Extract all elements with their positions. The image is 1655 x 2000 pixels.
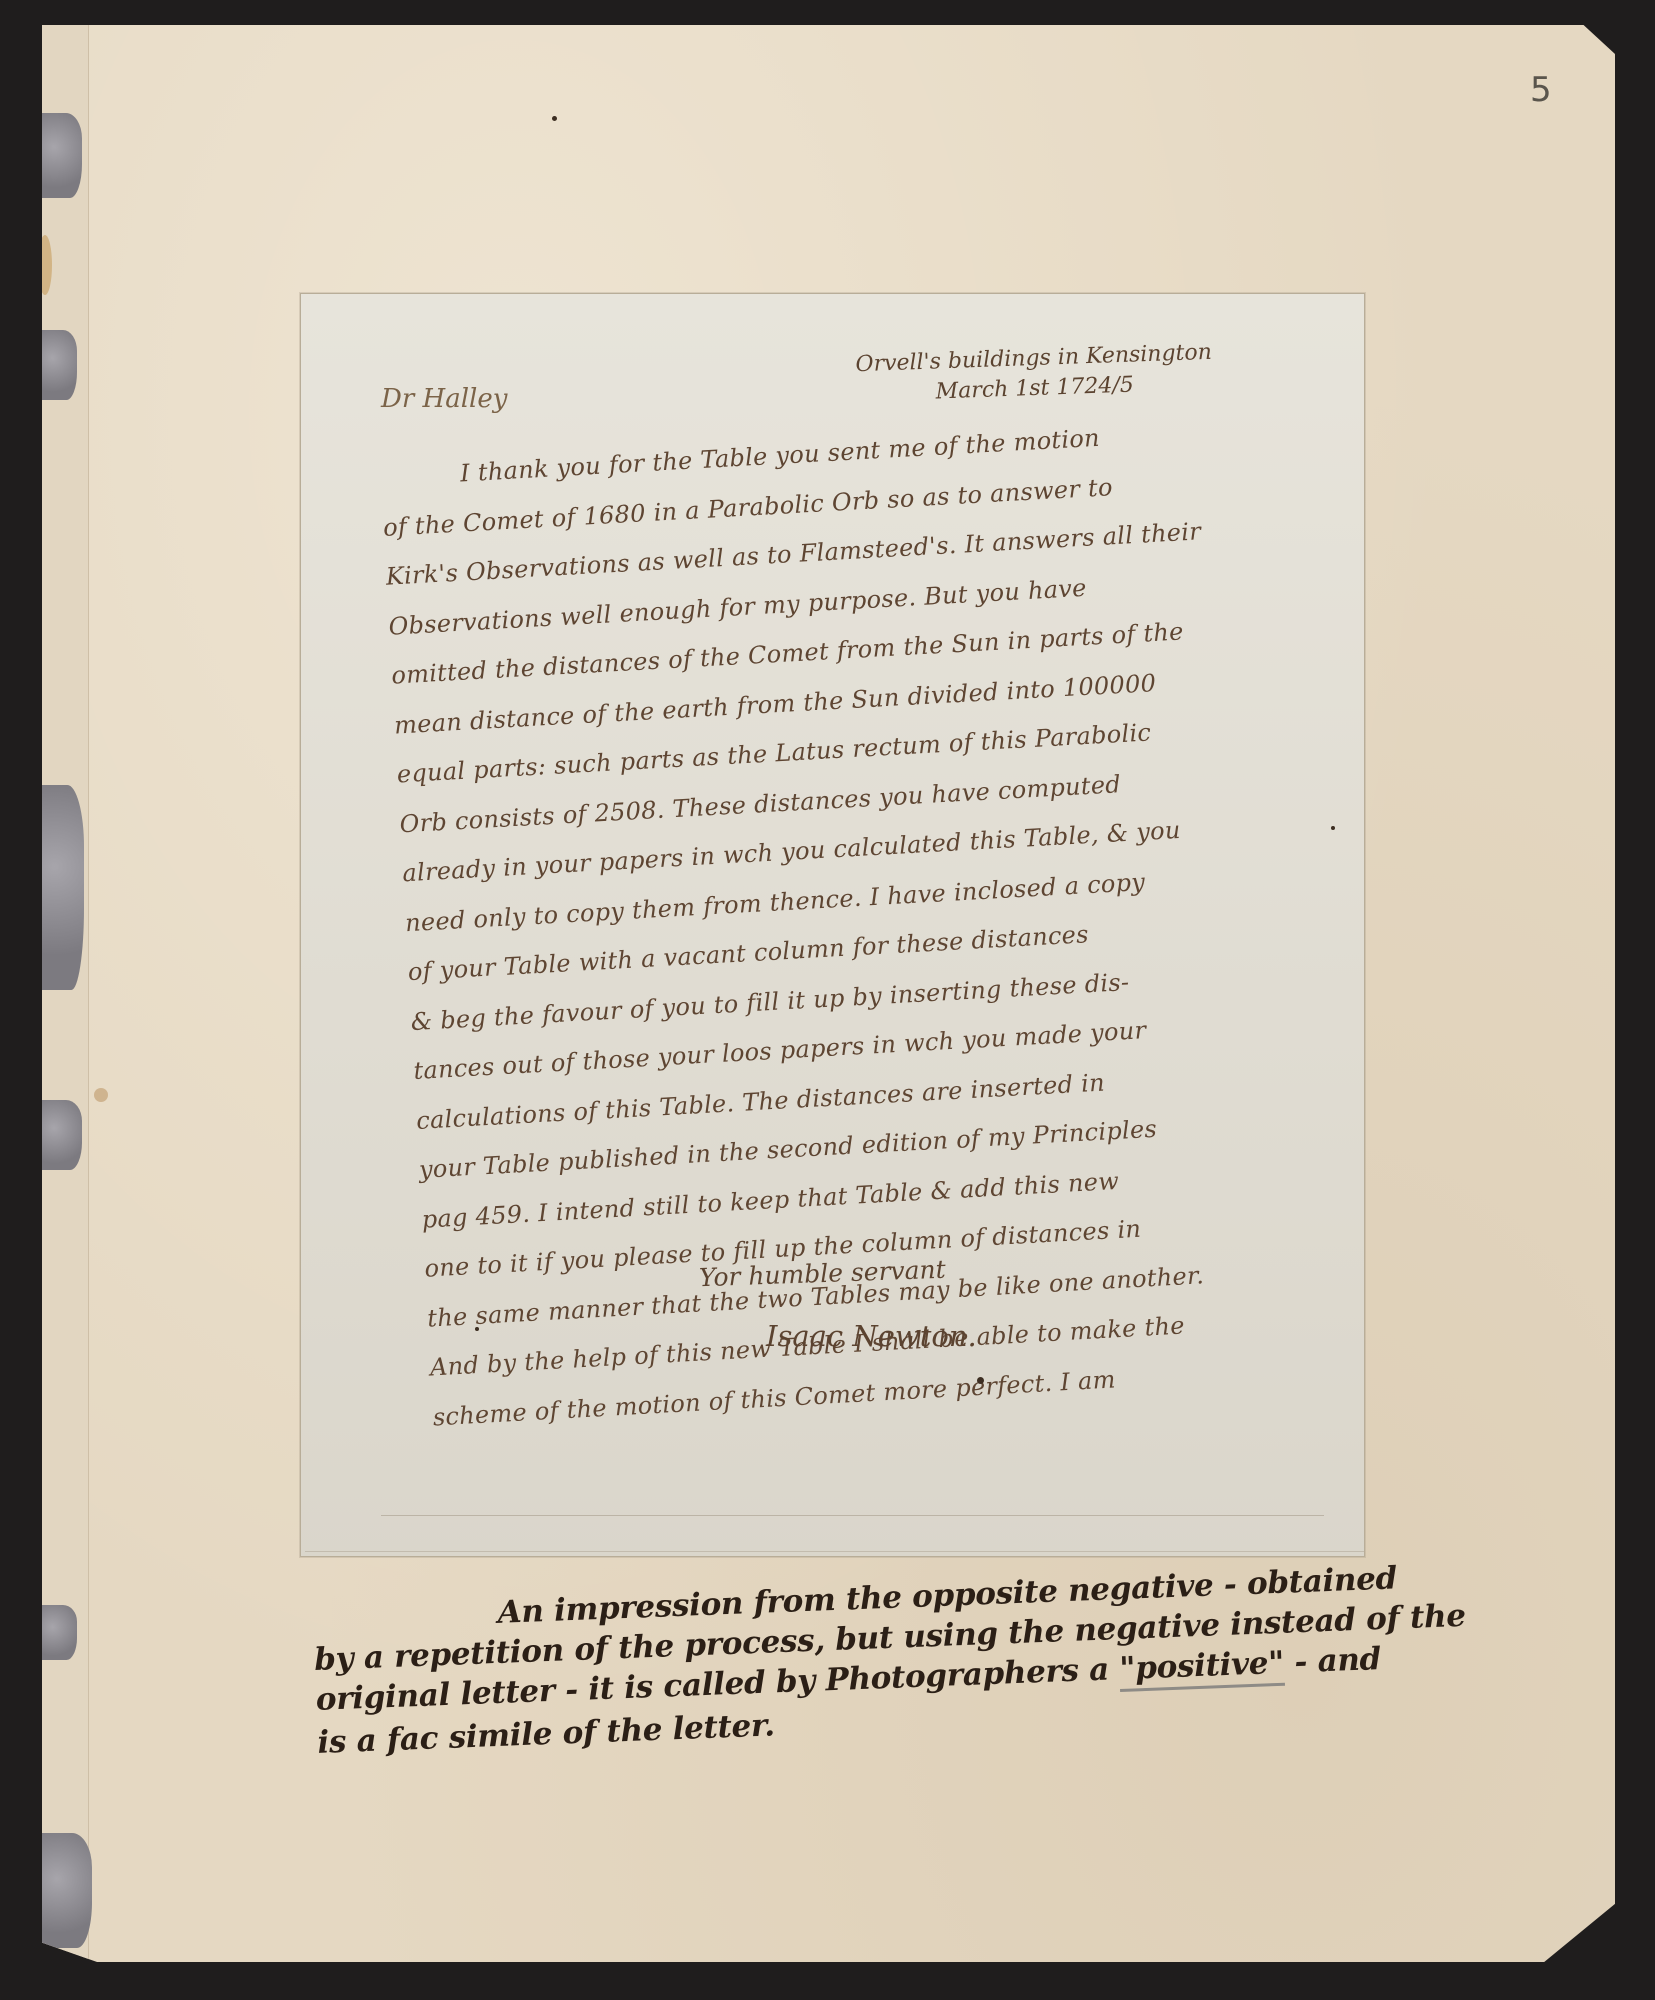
letter-photograph: Orvell's buildings in Kensington March 1… bbox=[300, 293, 1365, 1557]
ink-speck bbox=[552, 116, 557, 121]
age-stain bbox=[38, 235, 52, 295]
paper-repair-patch bbox=[42, 1100, 82, 1170]
paper-repair-patch bbox=[42, 330, 77, 400]
letter-body: I thank you for the Table you sent me of… bbox=[379, 400, 1393, 1442]
page-number: 5 bbox=[1530, 70, 1552, 110]
age-stain bbox=[94, 1088, 108, 1102]
scan-background: 5 Orvell's buildings in Kensington March… bbox=[0, 0, 1655, 2000]
paper-repair-patch bbox=[42, 1833, 92, 1948]
photo-fold-line bbox=[381, 1515, 1324, 1516]
ink-speck bbox=[977, 1377, 984, 1384]
ink-speck bbox=[475, 1327, 479, 1331]
paper-repair-patch bbox=[42, 785, 84, 990]
salutation: Dr Halley bbox=[381, 384, 507, 414]
annotation-text: - and bbox=[1283, 1641, 1381, 1681]
paper-repair-patch bbox=[42, 113, 82, 198]
leaf-binding-edge bbox=[42, 25, 89, 1962]
ink-speck bbox=[1331, 826, 1335, 830]
underlined-word: "positive" bbox=[1119, 1643, 1285, 1692]
letter-address: Orvell's buildings in Kensington March 1… bbox=[855, 338, 1213, 410]
paper-repair-patch bbox=[42, 1605, 77, 1660]
signature: Isaac Newton. bbox=[766, 1319, 977, 1353]
